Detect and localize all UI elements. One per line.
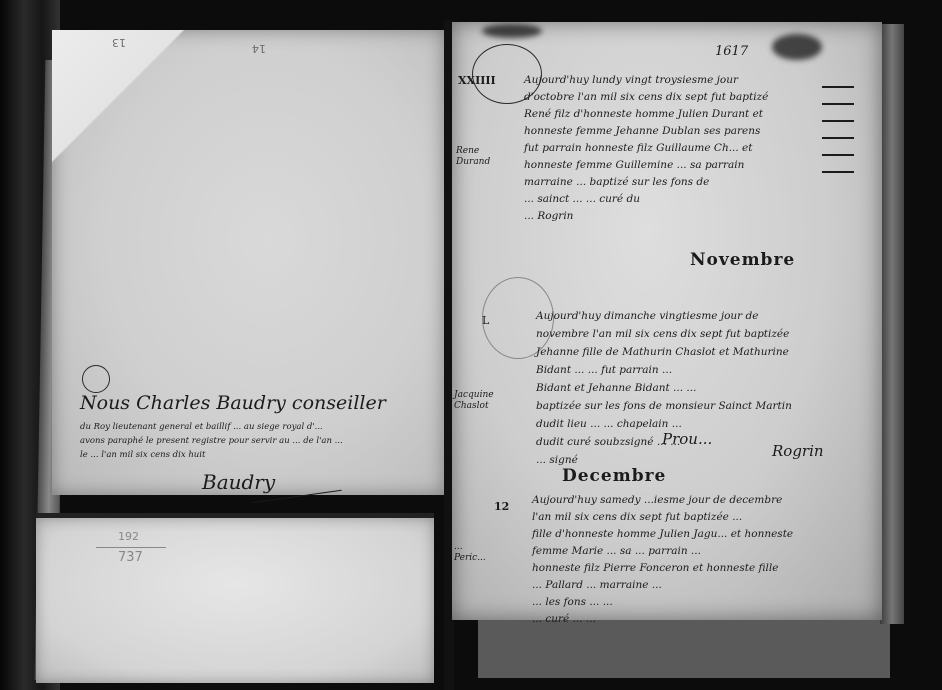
month-heading-november: Novembre [690, 250, 795, 270]
entry-line: honneste femme Jehanne Dublan ses parens [524, 125, 760, 138]
stain [482, 24, 542, 38]
pencil-folio-top: 13 [112, 36, 126, 49]
attestation-line-2: du Roy lieutenant general et baillif ...… [80, 422, 323, 432]
entry-line: Aujourd'huy dimanche vingtiesme jour de [536, 310, 758, 323]
year-header: 1617 [715, 44, 748, 59]
line-filler [822, 86, 854, 88]
entry-line: ... Pallard ... marraine ... [532, 579, 662, 592]
underlying-pages [478, 618, 890, 678]
attestation-line-4: le ... l'an mil six cens dix huit [80, 450, 205, 460]
margin-name: ... Peric... [454, 542, 494, 564]
page-edges-right [880, 24, 904, 624]
entry-line: honneste femme Guillemine ... sa parrain [524, 159, 744, 172]
entry-line: dudit curé soubzsigné ... ... [536, 436, 680, 449]
entry-line: fut parrain honneste filz Guillaume Ch..… [524, 142, 753, 155]
margin-name: Jacquine Chaslot [454, 390, 498, 412]
signature: Prou... [662, 430, 712, 448]
attestation-line-3: avons paraphé le present registre pour s… [80, 436, 343, 446]
line-filler [822, 154, 854, 156]
attestation-line-1: Nous Charles Baudry conseiller [80, 392, 386, 414]
pencil-number-top: 192 [118, 530, 139, 543]
entry-number: XXIIII [458, 74, 496, 87]
entry-line: ... les fons ... ... [532, 596, 613, 609]
pencil-folio-mid: 14 [252, 42, 266, 55]
entry-line: Aujourd'huy samedy ...iesme jour de dece… [532, 494, 782, 507]
entry-line: Bidant ... ... fut parrain ... [536, 364, 672, 377]
entry-line: fille d'honneste homme Julien Jagu... et… [532, 528, 793, 541]
pencil-number-bottom: 737 [118, 550, 143, 565]
entry-line: ... curé ... ... [532, 613, 596, 626]
left-page: 13 14 Nous Charles Baudry conseiller du … [52, 30, 447, 495]
entry-line: Jehanne fille de Mathurin Chaslot et Mat… [536, 346, 789, 359]
left-lower-sheet: 192 737 [36, 513, 434, 683]
entry-number: L [482, 314, 489, 327]
flourish-ornament [82, 365, 110, 393]
right-page: 1617 XXIIII Rene Durand Aujourd'huy lund… [452, 22, 882, 620]
month-heading-december: Decembre [562, 466, 666, 486]
line-filler [822, 137, 854, 139]
entry-line: Bidant et Jehanne Bidant ... ... [536, 382, 696, 395]
line-filler [822, 103, 854, 105]
entry-line: ... sainct ... ... curé du [524, 193, 640, 206]
line-filler [822, 171, 854, 173]
signature-baudry: Baudry [202, 470, 275, 494]
entry-line: dudit lieu ... ... chapelain ... [536, 418, 682, 431]
entry-line: novembre l'an mil six cens dix sept fut … [536, 328, 789, 341]
entry-line: baptizée sur les fons de monsieur Sainct… [536, 400, 792, 413]
line-filler [822, 120, 854, 122]
entry-line: honneste filz Pierre Fonceron et honnest… [532, 562, 778, 575]
entry-line: marraine ... baptizé sur les fons de [524, 176, 709, 189]
signature: Rogrin [772, 442, 824, 460]
entry-line: ... Rogrin [524, 210, 573, 223]
entry-number: 12 [494, 500, 509, 513]
entry-line: René filz d'honneste homme Julien Durant… [524, 108, 763, 121]
margin-name: Rene Durand [456, 146, 486, 168]
stain [772, 34, 822, 60]
pencil-fraction-bar [96, 547, 166, 548]
entry-line: Aujourd'huy lundy vingt troysiesme jour [524, 74, 738, 87]
entry-line: femme Marie ... sa ... parrain ... [532, 545, 701, 558]
torn-corner [52, 30, 202, 170]
entry-line: l'an mil six cens dix sept fut baptizée … [532, 511, 742, 524]
entry-line: d'octobre l'an mil six cens dix sept fut… [524, 91, 768, 104]
